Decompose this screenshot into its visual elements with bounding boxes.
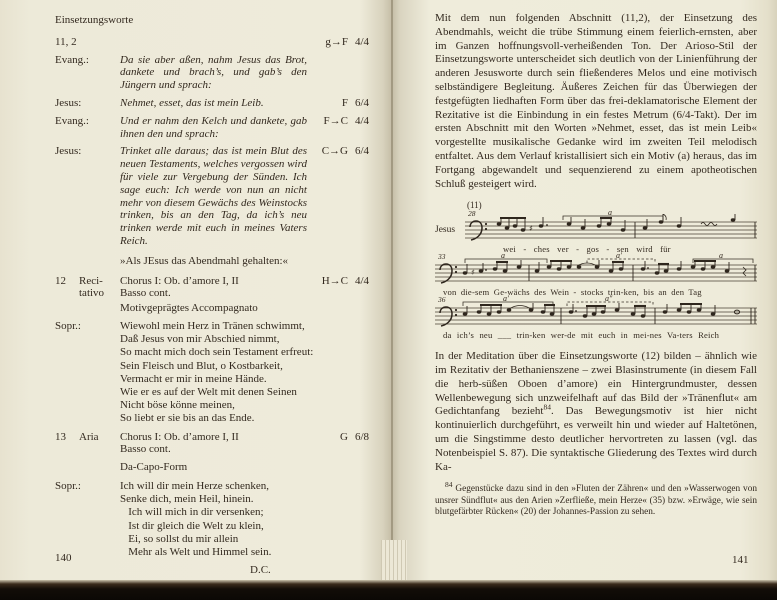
speaker-label: Sopr.:: [55, 320, 120, 426]
poem-text: Wiewohl mein Herz in Tränen schwimmt,Daß…: [120, 320, 355, 426]
right-page: Mit dem nun folgenden Abschnitt (11,2), …: [435, 12, 757, 528]
book-spread: Einsetzungsworte 11, 2 g→F 4/4 Evang.: D…: [0, 0, 777, 600]
staff-2-notation: ♯: [435, 257, 757, 287]
libretto-row: Jesus: Trinket alle daraus; das ist mein…: [55, 145, 355, 247]
motif-bracket-label: a′: [616, 249, 622, 263]
gospel-text: Nehmet, esset, das ist mein Leib.: [120, 97, 307, 110]
aria-text-row: Sopr.: Ich will dir mein Herze schenken,…: [55, 480, 355, 559]
bass-clef-icon: [440, 307, 457, 326]
lyrics-line-2: von die-sem Ge-wächs des Wein - stocks t…: [443, 287, 757, 297]
movement-row: 11, 2 g→F 4/4: [55, 36, 355, 49]
movement-number: 11, 2: [55, 36, 120, 49]
page-number-right: 141: [732, 554, 749, 566]
voice-label: Jesus: [435, 224, 455, 238]
bass-clef-icon: [470, 221, 487, 240]
movement-row: 13 Aria Chorus I: Ob. d’amore I, IIBasso…: [55, 431, 355, 457]
motif-bracket-label: a: [719, 249, 723, 263]
scoring-text: Chorus I: Ob. d’amore I, IIBasso cont.: [120, 431, 307, 457]
movement-row: 12 Reci-tativo Chorus I: Ob. d’amore I, …: [55, 275, 355, 315]
svg-text:♯: ♯: [529, 224, 533, 233]
page-number-left: 140: [55, 552, 72, 564]
lyrics-line-3: da ich’s neu ___ trin-ken wer-de mit euc…: [443, 330, 757, 340]
key-signature: F→C: [307, 115, 355, 141]
libretto-row: Evang.: Da sie aber aßen, nahm Jesus das…: [55, 54, 355, 92]
meter: 4/4: [355, 275, 369, 315]
section-quote: »Als JEsus das Abendmahl gehalten:«: [55, 255, 355, 268]
key-signature: G: [307, 431, 355, 457]
meter: 6/4: [355, 97, 369, 110]
scoring-text: Chorus I: Ob. d’amore I, IIBasso cont.Mo…: [120, 275, 307, 315]
gospel-text: Da sie aber aßen, nahm Jesus das Brot, d…: [120, 54, 307, 92]
svg-text:♯: ♯: [471, 268, 475, 277]
music-example: (11) Jesus 28 a ♯: [435, 199, 757, 340]
measure-number-3: 36: [438, 293, 446, 307]
motif-bracket-label: a: [501, 249, 505, 263]
motif-bracket-label: a: [608, 206, 612, 220]
speaker-label: Jesus:: [55, 145, 120, 247]
key-signature: C→G: [307, 145, 355, 247]
meter: 4/4: [355, 36, 369, 49]
book-gutter: [391, 0, 393, 584]
movement-type: Reci-tativo: [79, 275, 104, 315]
staff-1: Jesus 28 a ♯: [465, 214, 757, 254]
meter: 4/4: [355, 115, 369, 141]
measure-number-2: 33: [438, 250, 446, 264]
speaker-label: Evang.:: [55, 54, 120, 92]
staff-3-notation: [435, 300, 757, 330]
footnote-number: 84: [445, 480, 453, 489]
paragraph-1: Mit dem nun folgenden Abschnitt (11,2), …: [435, 12, 757, 191]
speaker-label: Evang.:: [55, 115, 120, 141]
speaker-label: Jesus:: [55, 97, 120, 110]
key-signature: H→C: [307, 275, 355, 315]
page-title: Einsetzungsworte: [55, 14, 355, 27]
movement-number: 12: [55, 275, 79, 315]
meter: 6/8: [355, 431, 369, 457]
staff-3: 36 a′ a″: [435, 300, 757, 340]
da-capo-mark: D.C.: [55, 564, 355, 577]
footnote: 84 Gegenstücke dazu sind in den »Fluten …: [435, 484, 757, 518]
footnote-reference: 84: [543, 403, 551, 412]
staff-2: 33 a a′ a ♯: [435, 257, 757, 297]
motif-bracket-label: a′: [503, 292, 509, 306]
movement-type: Aria: [79, 431, 99, 457]
motif-bracket-label: a″: [605, 292, 612, 306]
gospel-text: Und er nahm den Kelch und dankete, gab i…: [120, 115, 307, 141]
example-number: (11): [467, 199, 757, 213]
speaker-label: Sopr.:: [55, 480, 120, 559]
footnote-text: Gegenstücke dazu sind in den »Fluten der…: [435, 484, 757, 517]
measure-number-1: 28: [468, 207, 476, 221]
left-page: Einsetzungsworte 11, 2 g→F 4/4 Evang.: D…: [55, 14, 355, 577]
key-signature: g→F: [307, 36, 355, 49]
form-label: Da-Capo-Form: [55, 461, 355, 474]
gospel-text: Trinket alle daraus; das ist mein Blut d…: [120, 145, 307, 247]
key-signature: F: [307, 97, 355, 110]
paragraph-2: In der Meditation über die Einsetzungswo…: [435, 350, 757, 474]
page-edges: [381, 540, 407, 584]
libretto-row: Jesus: Nehmet, esset, das ist mein Leib.…: [55, 97, 355, 110]
aria-text-row: Sopr.: Wiewohl mein Herz in Tränen schwi…: [55, 320, 355, 426]
meter: 6/4: [355, 145, 369, 247]
book-bottom-edge: [0, 580, 777, 600]
libretto-row: Evang.: Und er nahm den Kelch und danket…: [55, 115, 355, 141]
movement-number: 13: [55, 431, 79, 457]
bass-clef-icon: [440, 264, 457, 283]
poem-text: Ich will dir mein Herze schenken,Senke d…: [120, 480, 355, 559]
